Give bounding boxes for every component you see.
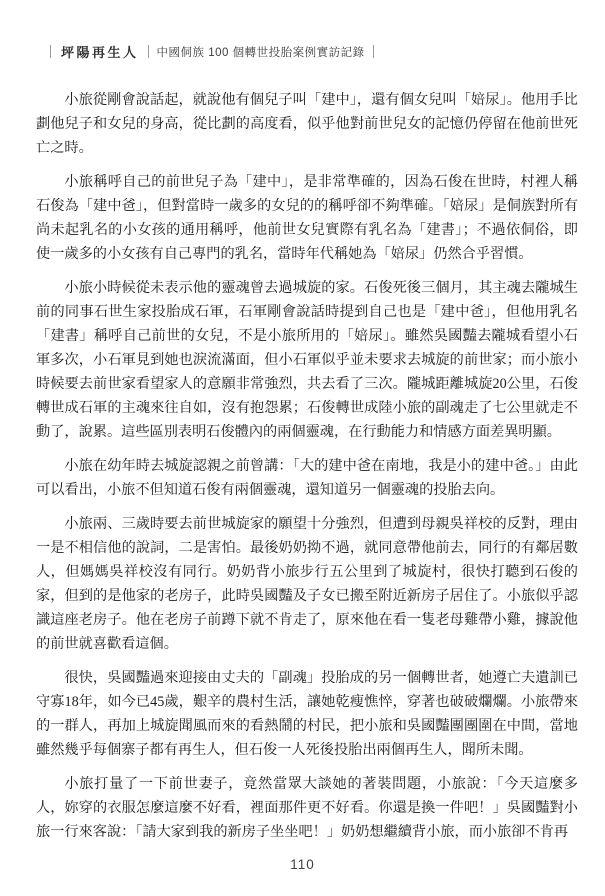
paragraph: 小旅小時候從未表示他的靈魂曾去過城旋的家。石俊死後三個月，其主魂去隴城生前的同事… [36,276,578,444]
book-page: 坪陽再生人 中國侗族 100 個轉世投胎案例實訪記錄 小旅從剛會說話起，就說他有… [0,0,605,896]
paragraph: 小旅稱呼自己的前世兒子為「建中」，是非常準確的，因為石俊在世時，村裡人稱石俊為「… [36,170,578,266]
header-divider-left [50,45,51,58]
body-paragraphs: 小旅從剛會說話起，就說他有個兒子叫「建中」，還有個女兒叫「婄尿」。他用手比劃他兒… [36,88,578,854]
paragraph: 很快，吳國豔過來迎接由丈夫的「副魂」投胎成的另一個轉世者，她遵亡夫遺訓已守寡18… [36,666,578,762]
running-header: 坪陽再生人 中國侗族 100 個轉世投胎案例實訪記錄 [50,42,575,61]
paragraph: 小旅打量了一下前世妻子，竟然當眾大談她的著裝問題，小旅說：「今天這麼多人，妳穿的… [36,772,578,844]
header-divider-middle [148,45,149,58]
paragraph: 小旅在幼年時去城旋認親之前曾講：「大的建中爸在南地，我是小的建中爸。」由此可以看… [36,454,578,502]
book-subtitle: 中國侗族 100 個轉世投胎案例實訪記錄 [157,44,365,60]
header-divider-right [373,45,374,58]
paragraph: 小旅兩、三歲時要去前世城旋家的願望十分強烈，但遭到母親吳祥校的反對，理由一是不相… [36,512,578,656]
book-title: 坪陽再生人 [61,42,139,61]
page-number: 110 [0,857,605,872]
paragraph: 小旅從剛會說話起，就說他有個兒子叫「建中」，還有個女兒叫「婄尿」。他用手比劃他兒… [36,88,578,160]
